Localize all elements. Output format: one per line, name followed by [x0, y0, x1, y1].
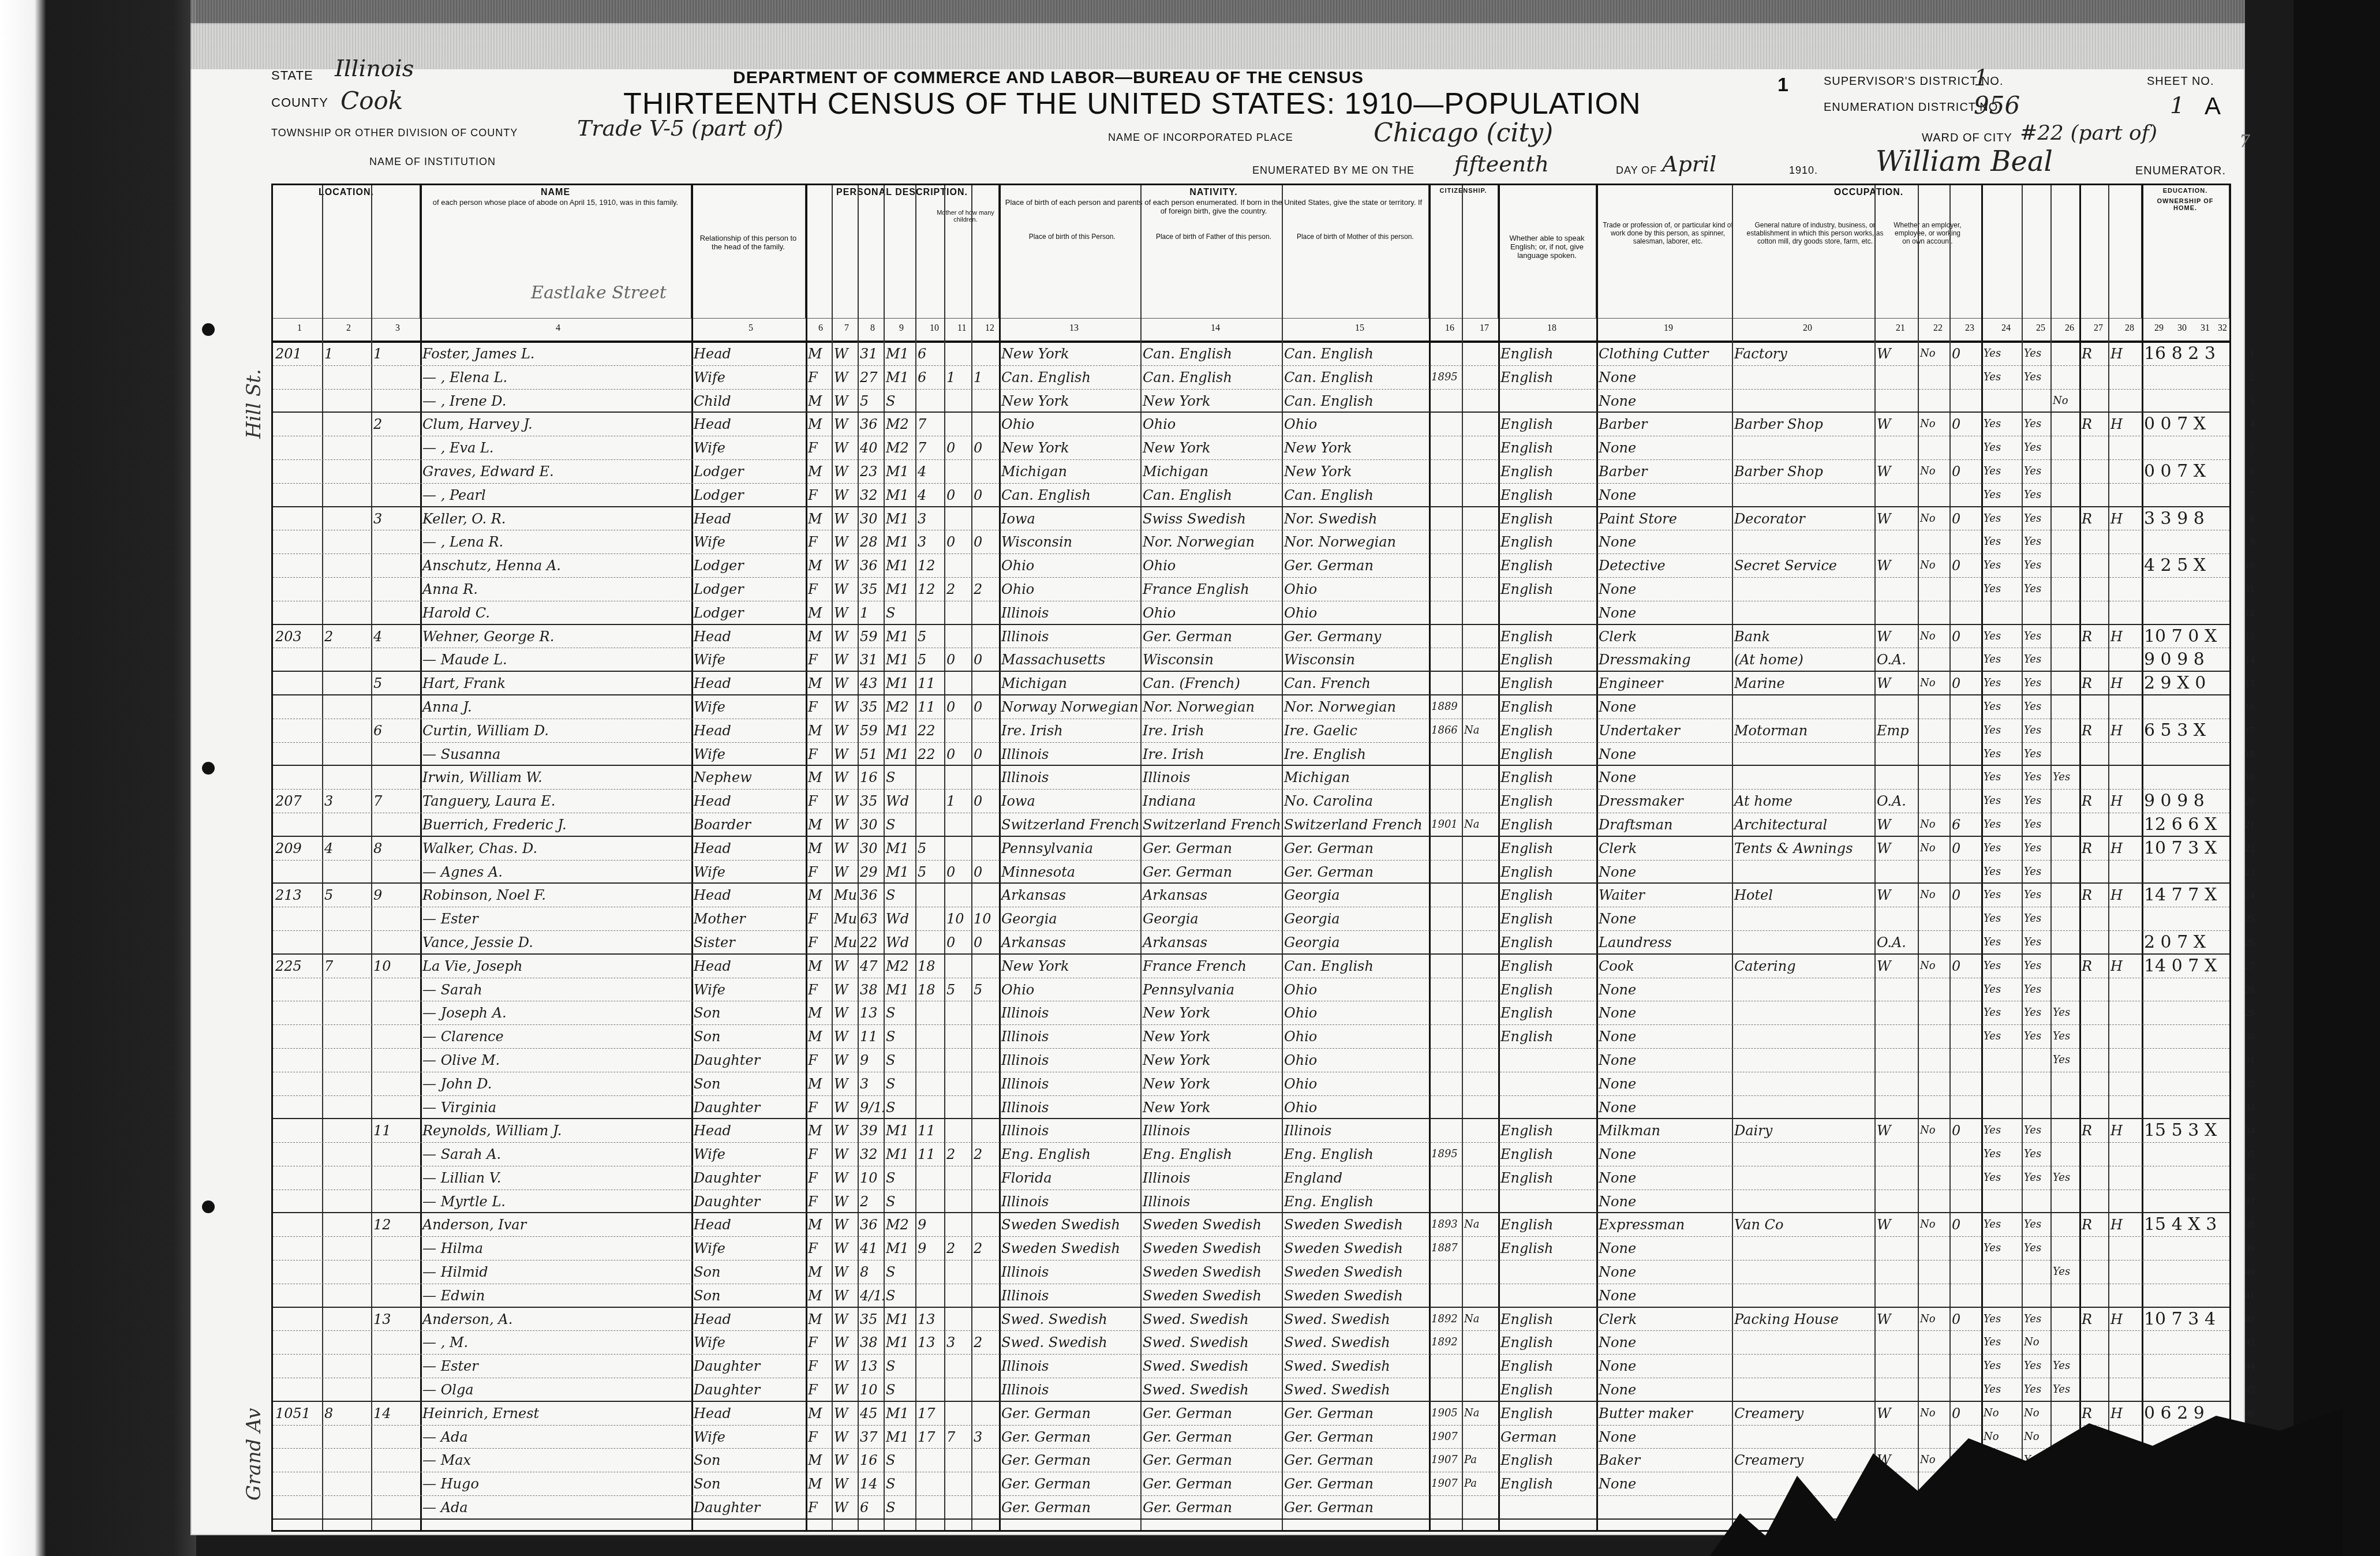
house-number: [273, 719, 322, 742]
can-read: [1981, 1260, 2022, 1284]
can-write: [2022, 1072, 2050, 1095]
employment-class: W: [1874, 1402, 1918, 1425]
can-read: [1981, 1190, 2022, 1213]
owned-rented: [2079, 1096, 2108, 1119]
language: English: [1498, 931, 1596, 953]
owned-rented: R: [2079, 507, 2108, 530]
age: 9/12: [858, 1096, 884, 1119]
color: W: [832, 554, 858, 577]
trade: None: [1596, 1472, 1732, 1495]
years-married: [915, 1496, 944, 1518]
weeks-out: 0: [1949, 554, 1981, 577]
farm-house: H: [2108, 955, 2142, 978]
children-born: [944, 837, 971, 860]
weeks-out: 0: [1949, 884, 1981, 907]
trade: None: [1596, 1001, 1732, 1024]
column-number: 22: [1933, 323, 1943, 334]
sex: F: [806, 648, 832, 671]
marital-status: M1: [884, 672, 915, 694]
trade: Butter maker: [1596, 1402, 1732, 1425]
dwelling-number: [322, 978, 371, 1001]
column-number: 29: [2154, 323, 2164, 334]
owned-rented: R: [2079, 1308, 2108, 1331]
relationship: Daughter: [691, 1355, 806, 1378]
family-number: [371, 1449, 420, 1472]
table-row: 5 Hart, Frank Head M W 43 M1 11 Michigan…: [273, 672, 2229, 695]
immigration-year: [1429, 1355, 1462, 1378]
street-note: Eastlake Street: [531, 283, 667, 303]
language: English: [1498, 460, 1596, 483]
employment-class: [1874, 1001, 1918, 1024]
years-married: [915, 1449, 944, 1472]
industry: [1732, 861, 1874, 883]
naturalization: [1462, 1072, 1498, 1095]
binder-hole-icon: [202, 762, 215, 775]
color: W: [832, 719, 858, 742]
industry: Catering: [1732, 955, 1874, 978]
farm-house: H: [2108, 342, 2142, 365]
attended-school: [2050, 648, 2079, 671]
father-birthplace: Nor. Norwegian: [1140, 530, 1282, 553]
father-birthplace: Switzerland French: [1140, 813, 1282, 836]
out-of-work: [1918, 1331, 1949, 1354]
can-write: Yes: [2022, 648, 2050, 671]
table-row: — Susanna Wife F W 51 M1 22 0 0 Illinois…: [273, 743, 2229, 766]
naturalization: [1462, 530, 1498, 553]
farm-house: [2108, 1284, 2142, 1307]
industry: Hotel: [1732, 884, 1874, 907]
house-number: [273, 1119, 322, 1142]
trade-description: Trade or profession of, or particular ki…: [1599, 221, 1737, 245]
education-heading: EDUCATION.: [2144, 188, 2226, 194]
birthplace: Wisconsin: [999, 530, 1140, 553]
children-living: [971, 1190, 999, 1213]
enumerator-code: [2142, 366, 2229, 389]
age: 39: [858, 1119, 884, 1142]
years-married: 18: [915, 978, 944, 1001]
mother-birthplace: Ger. German: [1282, 1496, 1429, 1518]
color: W: [832, 484, 858, 506]
immigration-year: 1889: [1429, 695, 1462, 719]
trade: None: [1596, 436, 1732, 459]
column-number: 32: [2218, 323, 2227, 334]
dwelling-number: [322, 1049, 371, 1072]
employment-class: [1874, 1096, 1918, 1119]
dwelling-number: [322, 672, 371, 694]
color: W: [832, 530, 858, 553]
owned-rented: R: [2079, 1402, 2108, 1425]
house-number: [273, 1096, 322, 1119]
age: 38: [858, 1331, 884, 1354]
marital-status: M1: [884, 1402, 915, 1425]
trade: None: [1596, 743, 1732, 765]
line-number: 27: [2245, 955, 2255, 978]
immigration-year: 1892: [1429, 1331, 1462, 1354]
sex: F: [806, 790, 832, 813]
weeks-out: [1949, 1378, 1981, 1401]
dwelling-number: 5: [322, 884, 371, 907]
line-number: 23: [2245, 861, 2255, 884]
out-of-work: [1918, 790, 1949, 813]
naturalization: [1462, 1426, 1498, 1449]
children-born: 0: [944, 436, 971, 459]
relationship: Head: [691, 1308, 806, 1331]
father-birthplace: Illinois: [1140, 1119, 1282, 1142]
color: W: [832, 743, 858, 765]
employment-class: [1874, 861, 1918, 883]
relationship: Son: [691, 1072, 806, 1095]
line-number: 42: [2245, 1308, 2255, 1331]
line-number: 13: [2245, 625, 2255, 648]
sex: F: [806, 978, 832, 1001]
mother-birthplace: Ohio: [1282, 578, 1429, 601]
owned-rented: R: [2079, 342, 2108, 365]
language: [1498, 1190, 1596, 1213]
naturalization: [1462, 390, 1498, 412]
enumerator-name: William Beal: [1876, 145, 2053, 178]
birthplace: Ohio: [999, 554, 1140, 577]
family-number: 13: [371, 1308, 420, 1331]
enumerator-code: [2142, 484, 2229, 506]
industry: [1732, 931, 1874, 953]
census-rows: 201 1 1 Foster, James L. Head M W 31 M1 …: [273, 342, 2229, 1520]
weeks-out: [1949, 436, 1981, 459]
enumerator-code: [2142, 1166, 2229, 1190]
naturalization: [1462, 460, 1498, 483]
can-read: Yes: [1981, 813, 2022, 836]
dwelling-number: [322, 1426, 371, 1449]
line-number: 9: [2250, 530, 2255, 553]
out-of-work: [1918, 695, 1949, 719]
industry: Creamery: [1732, 1402, 1874, 1425]
children-living: [971, 955, 999, 978]
marital-status: S: [884, 1472, 915, 1495]
color: W: [832, 1402, 858, 1425]
relationship: Daughter: [691, 1096, 806, 1119]
column-number-row: 1234567891011121314151617181920212223242…: [273, 318, 2229, 343]
birthplace: Georgia: [999, 907, 1140, 930]
farm-house: [2108, 1025, 2142, 1048]
marital-status: M1: [884, 625, 915, 648]
sex: F: [806, 1096, 832, 1119]
location-heading: LOCATION.: [275, 188, 417, 198]
column-number: 19: [1664, 323, 1673, 334]
trade: Dressmaking: [1596, 648, 1732, 671]
enumerator-code: 9 0 9 8: [2142, 648, 2229, 671]
attended-school: [2050, 837, 2079, 860]
years-married: [915, 1472, 944, 1495]
attended-school: [2050, 790, 2079, 813]
column-number: 30: [2177, 323, 2187, 334]
birthplace: Eng. English: [999, 1143, 1140, 1166]
employment-class: O.A.: [1874, 648, 1918, 671]
employment-class: W: [1874, 625, 1918, 648]
out-of-work: No: [1918, 1213, 1949, 1236]
language: English: [1498, 907, 1596, 930]
naturalization: [1462, 672, 1498, 694]
language: English: [1498, 1472, 1596, 1495]
occupation-column-header: OCCUPATION. Trade or profession of, or p…: [1596, 185, 2142, 318]
mother-birthplace: Ohio: [1282, 1049, 1429, 1072]
table-row: 3 Keller, O. R. Head M W 30 M1 3 Iowa Sw…: [273, 507, 2229, 531]
table-row: 203 2 4 Wehner, George R. Head M W 59 M1…: [273, 625, 2229, 649]
can-write: Yes: [2022, 884, 2050, 907]
employment-class: [1874, 1025, 1918, 1048]
immigration-year: [1429, 625, 1462, 648]
marital-status: M1: [884, 507, 915, 530]
relationship: Son: [691, 1449, 806, 1472]
father-birthplace: Arkansas: [1140, 884, 1282, 907]
can-write: [2022, 1096, 2050, 1119]
incorporated-place-value: Chicago (city): [1374, 118, 1553, 148]
children-born: [944, 1096, 971, 1119]
relationship: Wife: [691, 1426, 806, 1449]
marital-status: S: [884, 1072, 915, 1095]
can-read: Yes: [1981, 861, 2022, 883]
incorporated-place-label: NAME OF INCORPORATED PLACE: [1108, 132, 1293, 144]
age: 16: [858, 766, 884, 789]
weeks-out: 0: [1949, 672, 1981, 694]
relationship: Wife: [691, 743, 806, 765]
mother-birthplace: Eng. English: [1282, 1190, 1429, 1213]
age: 35: [858, 790, 884, 813]
weeks-out: [1949, 1072, 1981, 1095]
marital-status: S: [884, 1378, 915, 1401]
attended-school: [2050, 1331, 2079, 1354]
color: W: [832, 366, 858, 389]
table-row: 209 4 8 Walker, Chas. D. Head M W 30 M1 …: [273, 837, 2229, 861]
sex: F: [806, 1190, 832, 1213]
naturalization: [1462, 507, 1498, 530]
out-of-work: [1918, 1237, 1949, 1260]
township-label: TOWNSHIP OR OTHER DIVISION OF COUNTY: [271, 127, 518, 139]
page-title: THIRTEENTH CENSUS OF THE UNITED STATES: …: [623, 87, 1641, 121]
can-write: Yes: [2022, 1378, 2050, 1401]
trade: None: [1596, 695, 1732, 719]
farm-house: [2108, 554, 2142, 577]
immigration-year: 1905: [1429, 1402, 1462, 1425]
person-name: — , Eva L.: [420, 436, 691, 459]
house-number: [273, 413, 322, 436]
dwelling-number: [322, 907, 371, 930]
naturalization: [1462, 978, 1498, 1001]
naturalization: [1462, 743, 1498, 765]
sex: M: [806, 390, 832, 412]
father-birthplace: Ger. German: [1140, 837, 1282, 860]
trade: None: [1596, 1025, 1732, 1048]
can-write: Yes: [2022, 813, 2050, 836]
line-number: 41: [2245, 1284, 2255, 1307]
mother-birthplace: Ohio: [1282, 1072, 1429, 1095]
children-living: 0: [971, 436, 999, 459]
employment-class: O.A.: [1874, 931, 1918, 953]
father-birthplace: Can. (French): [1140, 672, 1282, 694]
relationship: Daughter: [691, 1496, 806, 1518]
house-number: [273, 672, 322, 694]
sex: F: [806, 1426, 832, 1449]
column-number: 21: [1896, 323, 1905, 334]
sex: M: [806, 554, 832, 577]
column-number: 7: [844, 323, 849, 334]
years-married: [915, 813, 944, 836]
table-row: Irwin, William W. Nephew M W 16 S Illino…: [273, 766, 2229, 790]
mother-birthplace: No. Carolina: [1282, 790, 1429, 813]
column-number: 12: [985, 323, 994, 334]
farm-house: [2108, 578, 2142, 601]
employer-description: Whether an employer, employee, or workin…: [1893, 221, 1962, 245]
birthplace: Norway Norwegian: [999, 695, 1140, 719]
language: English: [1498, 1355, 1596, 1378]
age: 63: [858, 907, 884, 930]
weeks-out: [1949, 719, 1981, 742]
person-name: Heinrich, Ernest: [420, 1402, 691, 1425]
children-born: [944, 390, 971, 412]
attended-school: [2050, 1308, 2079, 1331]
farm-house: [2108, 1072, 2142, 1095]
dwelling-number: [322, 1072, 371, 1095]
age: 36: [858, 554, 884, 577]
farm-house: [2108, 1378, 2142, 1401]
can-write: Yes: [2022, 484, 2050, 506]
years-married: 5: [915, 625, 944, 648]
marital-status: S: [884, 1449, 915, 1472]
can-read: Yes: [1981, 342, 2022, 365]
mother-birthplace: Ger. German: [1282, 554, 1429, 577]
relationship-column-header: Relationship of this person to the head …: [691, 185, 806, 318]
family-number: 4: [371, 625, 420, 648]
can-read: Yes: [1981, 1237, 2022, 1260]
owned-rented: [2079, 554, 2108, 577]
out-of-work: No: [1918, 342, 1949, 365]
mother-birthplace: Can. English: [1282, 484, 1429, 506]
sex: F: [806, 1378, 832, 1401]
industry: [1732, 436, 1874, 459]
line-number: 22: [2245, 837, 2255, 860]
out-of-work: No: [1918, 837, 1949, 860]
out-of-work: No: [1918, 1402, 1949, 1425]
owned-rented: [2079, 1025, 2108, 1048]
family-number: [371, 1426, 420, 1449]
children-born: 2: [944, 1143, 971, 1166]
father-birthplace: Swiss Swedish: [1140, 507, 1282, 530]
can-write: Yes: [2022, 460, 2050, 483]
line-number: 16: [2245, 695, 2255, 719]
trade: None: [1596, 530, 1732, 553]
color: W: [832, 672, 858, 694]
dwelling-number: [322, 1096, 371, 1119]
weeks-out: [1949, 578, 1981, 601]
out-of-work: [1918, 719, 1949, 742]
sex: F: [806, 366, 832, 389]
naturalization: [1462, 790, 1498, 813]
trade: Waiter: [1596, 884, 1732, 907]
can-read: Yes: [1981, 530, 2022, 553]
enumerator-code: [2142, 695, 2229, 719]
owned-rented: [2079, 1331, 2108, 1354]
column-number: 10: [930, 323, 939, 334]
birthplace: Illinois: [999, 1049, 1140, 1072]
children-living: [971, 1119, 999, 1142]
father-birthplace: New York: [1140, 390, 1282, 412]
color: W: [832, 1426, 858, 1449]
weeks-out: 6: [1949, 813, 1981, 836]
language: English: [1498, 672, 1596, 694]
can-write: Yes: [2022, 955, 2050, 978]
years-married: [915, 1355, 944, 1378]
person-name: Graves, Edward E.: [420, 460, 691, 483]
naturalization: [1462, 1378, 1498, 1401]
owned-rented: R: [2079, 413, 2108, 436]
owned-rented: [2079, 1166, 2108, 1190]
children-living: 0: [971, 931, 999, 953]
age: 6: [858, 1496, 884, 1518]
marital-status: M2: [884, 1213, 915, 1236]
color: W: [832, 1355, 858, 1378]
children-born: 0: [944, 695, 971, 719]
family-number: [371, 1331, 420, 1354]
out-of-work: [1918, 1426, 1949, 1449]
county-label: COUNTY: [271, 95, 328, 110]
mother-birthplace: Wisconsin: [1282, 648, 1429, 671]
table-row: 213 5 9 Robinson, Noel F. Head M Mu 36 S…: [273, 884, 2229, 907]
house-number: [273, 743, 322, 765]
weeks-out: [1949, 695, 1981, 719]
language: English: [1498, 1449, 1596, 1472]
sex: F: [806, 1166, 832, 1190]
color: Mu: [832, 931, 858, 953]
father-birthplace: Eng. English: [1140, 1143, 1282, 1166]
can-read: [1981, 601, 2022, 624]
immigration-year: [1429, 955, 1462, 978]
can-read: Yes: [1981, 1166, 2022, 1190]
naturalization: Pa: [1462, 1449, 1498, 1472]
industry: [1732, 743, 1874, 765]
enumerator-code: [2142, 1260, 2229, 1284]
sex: M: [806, 1025, 832, 1048]
house-number: [273, 1378, 322, 1401]
sex: F: [806, 695, 832, 719]
can-read: Yes: [1981, 837, 2022, 860]
enumerator-code: [2142, 743, 2229, 765]
can-write: Yes: [2022, 507, 2050, 530]
marital-status: M1: [884, 648, 915, 671]
family-number: [371, 1237, 420, 1260]
father-birthplace: Georgia: [1140, 907, 1282, 930]
weeks-out: 0: [1949, 1402, 1981, 1425]
can-read: [1981, 1072, 2022, 1095]
employment-class: [1874, 1190, 1918, 1213]
father-birthplace: Ger. German: [1140, 1472, 1282, 1495]
color: W: [832, 601, 858, 624]
sex: M: [806, 1213, 832, 1236]
naturalization: [1462, 601, 1498, 624]
family-number: [371, 695, 420, 719]
dwelling-number: [322, 861, 371, 883]
age: 43: [858, 672, 884, 694]
children-living: [971, 507, 999, 530]
owned-rented: R: [2079, 837, 2108, 860]
industry-description: General nature of industry, business, or…: [1743, 221, 1887, 245]
color: W: [832, 766, 858, 789]
enumerator-code: [2142, 1049, 2229, 1072]
house-number: [273, 1426, 322, 1449]
birthplace: Illinois: [999, 1119, 1140, 1142]
children-living: [971, 1260, 999, 1284]
immigration-year: [1429, 1284, 1462, 1307]
attended-school: [2050, 1237, 2079, 1260]
attended-school: Yes: [2050, 1001, 2079, 1024]
years-married: [915, 1001, 944, 1024]
